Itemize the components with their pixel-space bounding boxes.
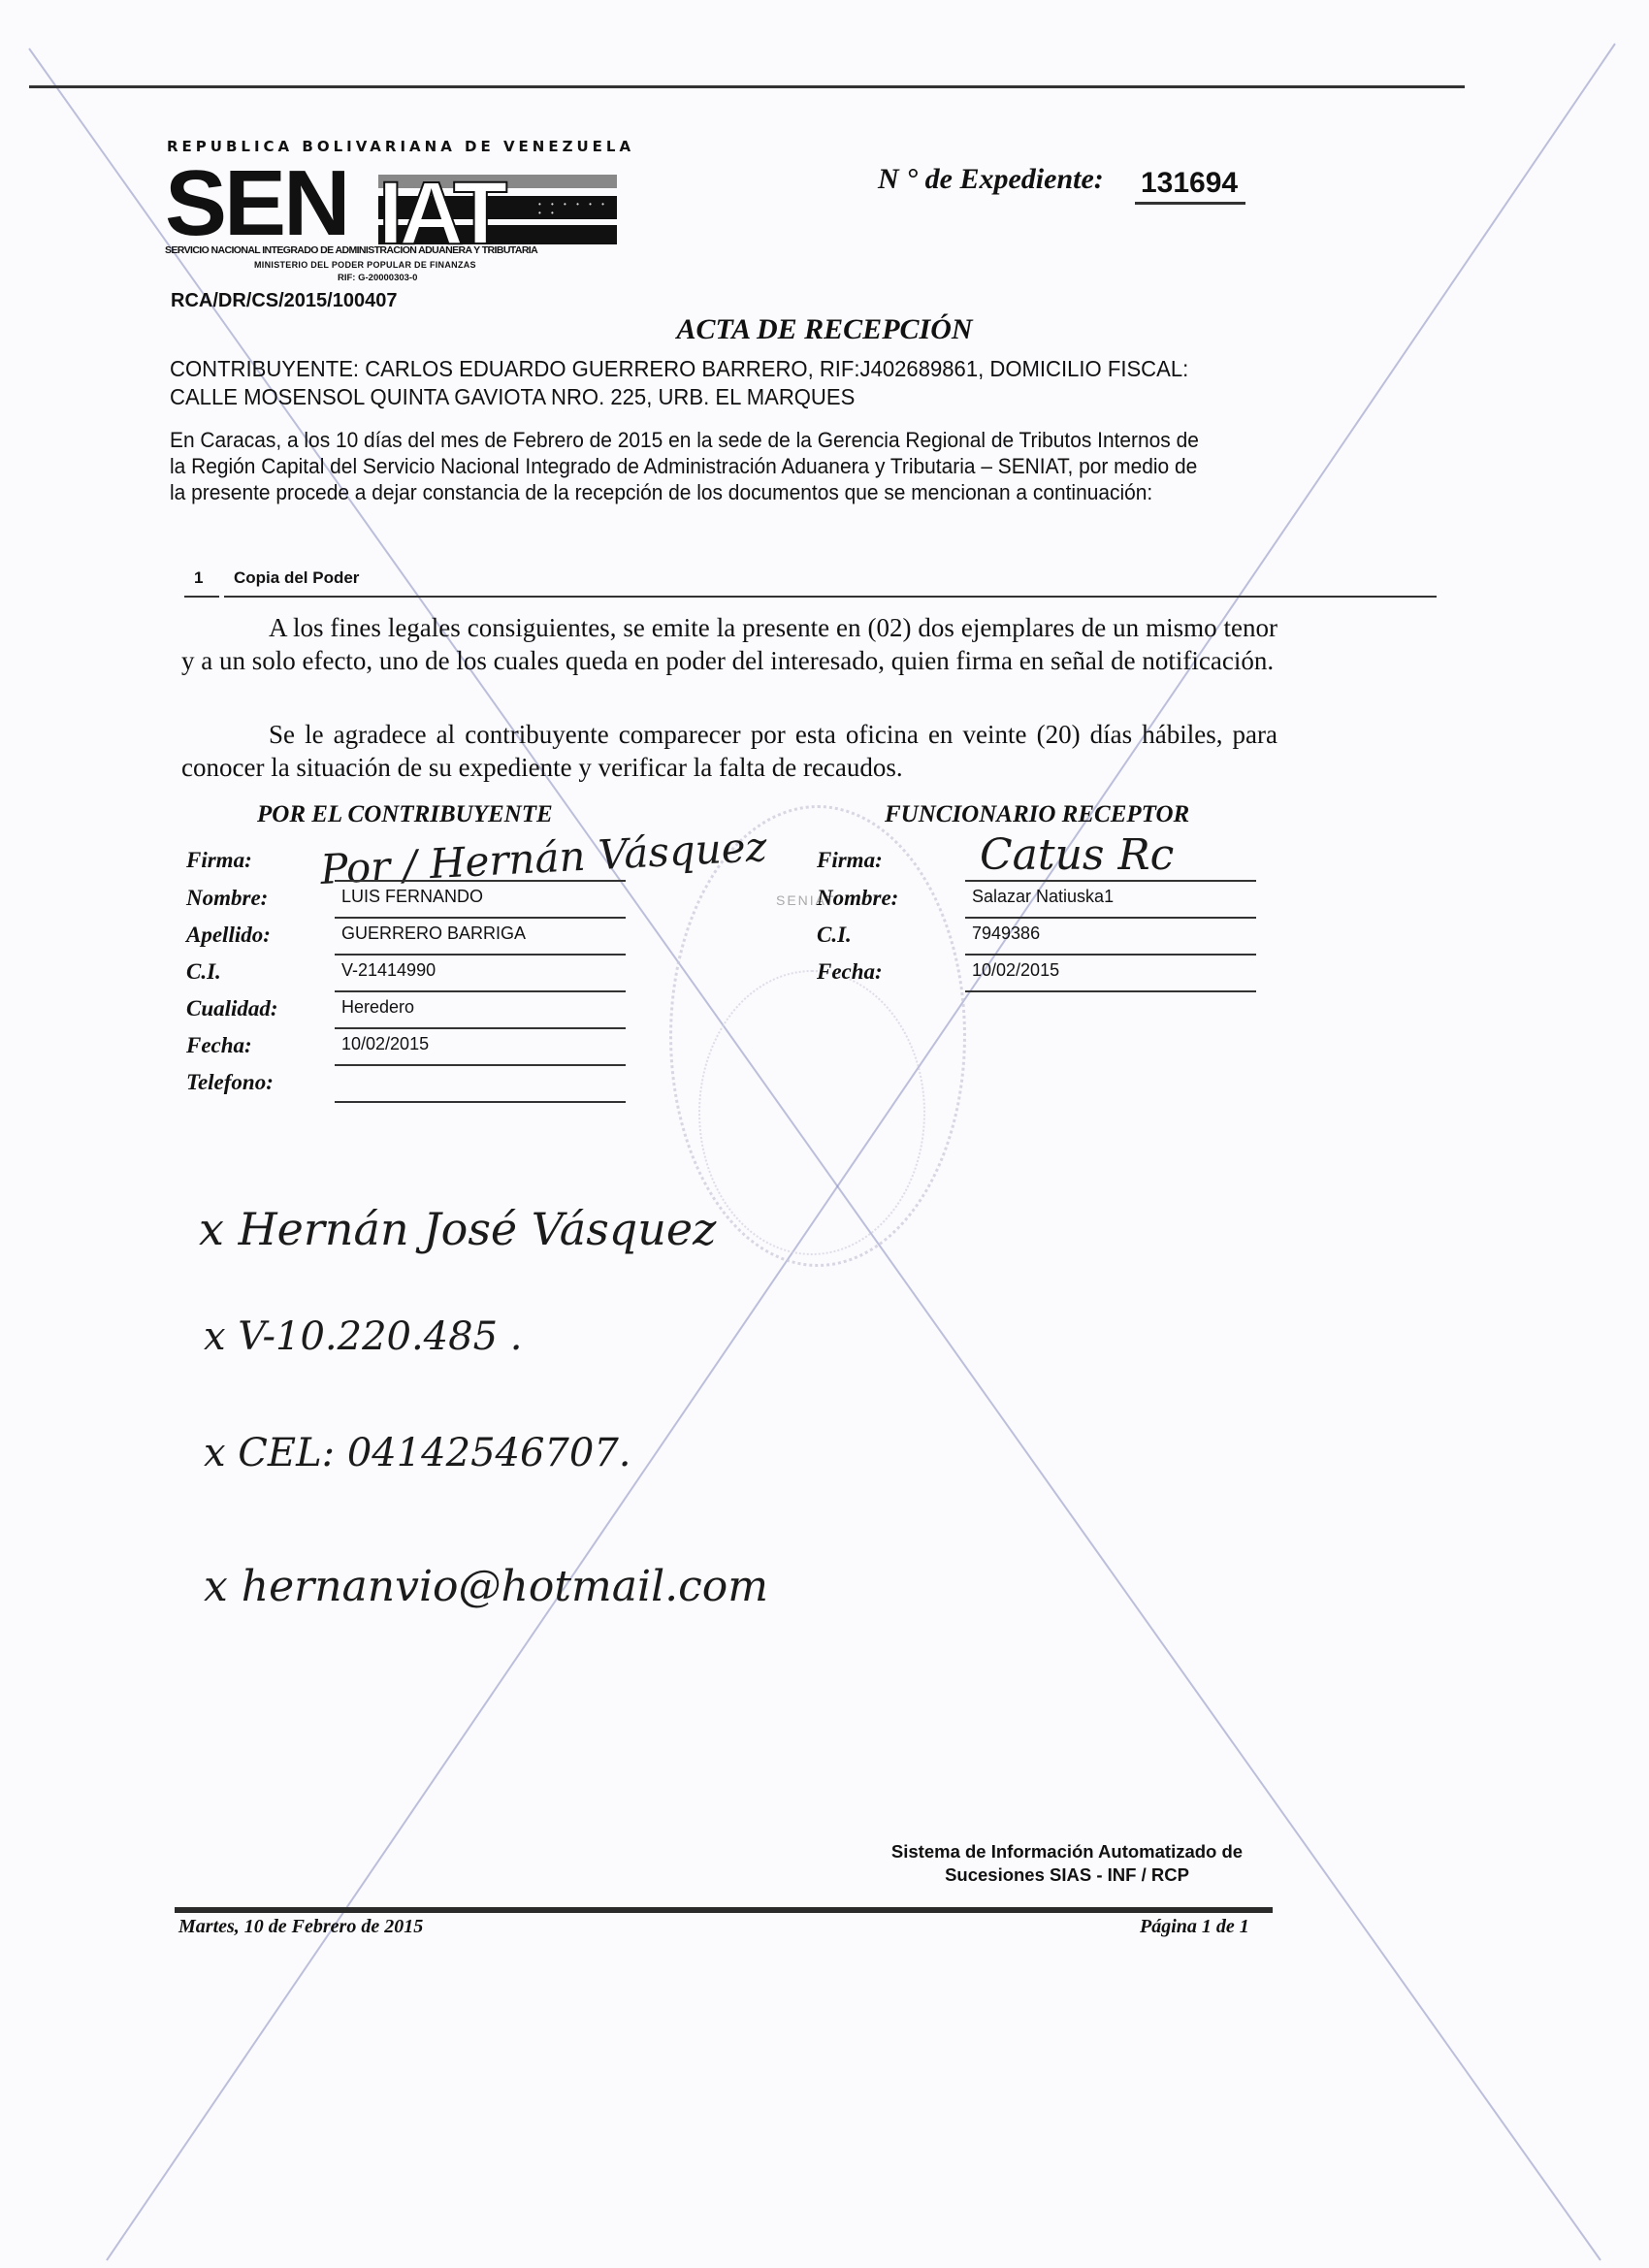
instructions-paragraph: Se le agradece al contribuyente comparec… [181,718,1277,784]
taxpayer-info: CONTRIBUYENTE: CARLOS EDUARDO GUERRERO B… [170,355,1241,411]
receptor-label-fecha: Fecha: [817,959,883,985]
document-quantity: 1 [194,568,203,588]
scan-top-line [29,85,1465,88]
receptor-value-fecha: 10/02/2015 [972,960,1059,981]
field-value-cualidad: Heredero [341,997,414,1018]
receptor-value-ci: 7949386 [972,923,1040,944]
receptor-fecha-line [965,990,1256,992]
document-title: ACTA DE RECEPCIÓN [0,313,1649,346]
handwritten-name: x Hernán José Vásquez [199,1203,716,1255]
intro-paragraph: En Caracas, a los 10 días del mes de Feb… [170,427,1208,505]
field-value-ci: V-21414990 [341,960,436,981]
cualidad-line [335,1027,626,1029]
receptor-label-ci: C.I. [817,923,852,948]
expediente-number: 131694 [1135,167,1245,205]
receptor-section-title: FUNCIONARIO RECEPTOR [885,801,1189,828]
field-label-fecha: Fecha: [186,1033,252,1058]
stars-icon: • • • • • • • • [538,200,617,217]
field-label-apellido: Apellido: [186,923,271,948]
nombre-line [335,917,626,919]
receptor-value-nombre: Salazar Natiuska1 [972,887,1114,907]
system-name: Sistema de Información Automatizado de S… [854,1840,1280,1887]
field-label-firma: Firma: [186,848,252,873]
receptor-ci-line [965,954,1256,956]
page-number: Página 1 de 1 [1140,1916,1249,1938]
contribuyente-section-title: POR EL CONTRIBUYENTE [257,801,553,828]
receptor-firma-line [965,880,1256,882]
expediente-label: N ° de Expediente: [878,163,1104,196]
ministry-name: MINISTERIO DEL PODER POPULAR DE FINANZAS [254,260,476,270]
field-value-fecha: 10/02/2015 [341,1034,429,1054]
fecha-line [335,1064,626,1066]
contribuyente-signature: Por / Hernán Vásquez [319,823,768,893]
footer-date: Martes, 10 de Febrero de 2015 [178,1916,423,1938]
footer-rule [175,1907,1273,1913]
official-stamp-inner [698,970,925,1255]
telefono-line [335,1101,626,1103]
receptor-label-firma: Firma: [817,848,883,873]
seniat-logo: SEN [165,157,347,250]
receptor-label-nombre: Nombre: [817,886,898,911]
field-label-ci: C.I. [186,959,221,985]
ci-line [335,990,626,992]
field-value-nombre: LUIS FERNANDO [341,887,483,907]
handwritten-phone: x CEL: 04142546707. [204,1431,631,1475]
document-name: Copia del Poder [234,568,359,588]
field-value-apellido: GUERRERO BARRIGA [341,923,526,944]
service-name: SERVICIO NACIONAL INTEGRADO DE ADMINISTR… [165,244,537,256]
handwritten-id: x V-10.220.485 . [204,1314,522,1359]
receptor-nombre-line [965,917,1256,919]
agency-rif: RIF: G-20000303-0 [338,273,417,283]
legal-paragraph: A los fines legales consiguientes, se em… [181,611,1277,677]
firma-line [335,880,626,882]
seniat-logo-bars: IAT • • • • • • • • [378,175,617,244]
field-label-cualidad: Cualidad: [186,996,278,1021]
receptor-signature: Catus Rc [980,830,1174,880]
handwritten-email: x hernanvio@hotmail.com [204,1562,768,1611]
document-reference: RCA/DR/CS/2015/100407 [171,290,397,312]
apellido-line [335,954,626,956]
field-label-nombre: Nombre: [186,886,268,911]
field-label-telefono: Telefono: [186,1070,274,1095]
